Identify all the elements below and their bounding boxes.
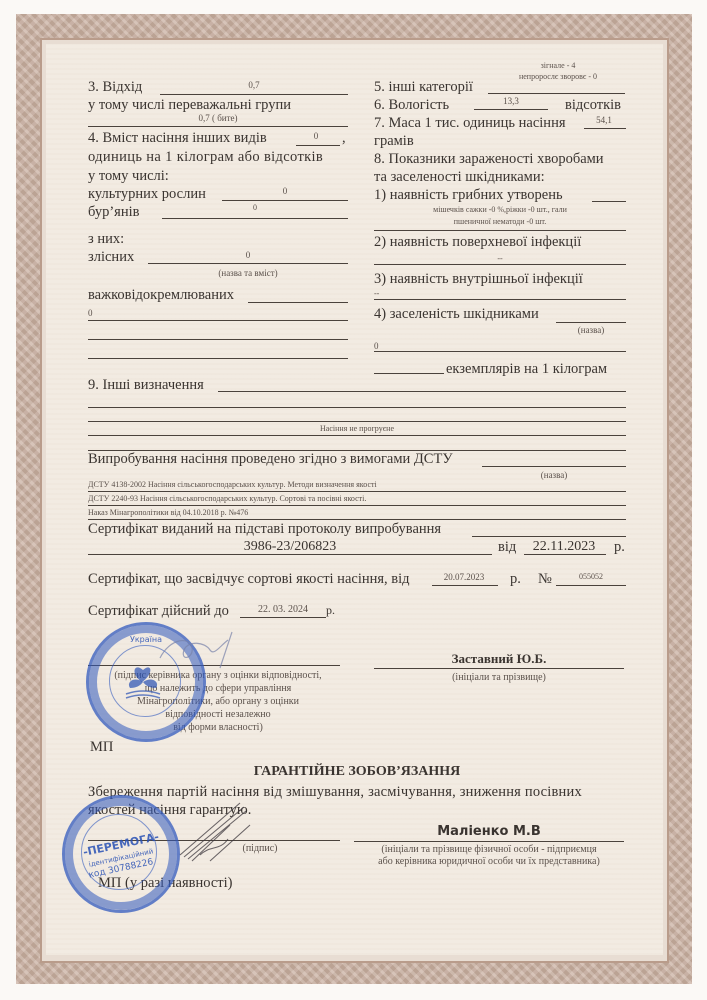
fungal-line [592,201,626,202]
protocol-number: 3986-23/206823 [88,540,492,554]
head-name-line [374,668,624,669]
moisture-label: 6. Вологість [374,98,449,113]
guarantor-caption-2: або керівника юридичної особи чи їх пред… [354,857,624,867]
variety-number-line [556,585,626,586]
valid-date-line [240,617,326,618]
other-species-line [296,145,340,146]
fungal-value-1: мішечків сажки -0 %,ріжки -0 шт., гали [374,206,626,214]
malicious-label: злісних [88,250,134,265]
protocol-number-line [88,554,492,555]
moisture-line [474,109,548,110]
standard-1-line [88,491,626,492]
fungal-value-2: пшеничної нематоди -0 шт. [374,218,626,226]
other-cat-value-1: зігнале - 4 [488,62,628,70]
infection-label-2: та заселеності шкідниками: [374,170,545,185]
protocol-line [472,536,626,537]
of-them-label: з них: [88,232,124,247]
cultural-label: культурних рослин [88,187,206,202]
waste-label: 3. Відхід [88,80,142,95]
fungal-value-line [374,230,626,231]
mass-value: 54,1 [584,116,624,125]
other-species-label: 4. Вміст насіння інших видів [88,131,267,146]
other-species-value: 0 [296,132,336,141]
name-content-caption: (назва та вміст) [148,269,348,278]
malicious-line [148,263,348,264]
guarantee-text-1: Збереження партій насіння від змішування… [88,785,582,800]
testing-label: Випробування насіння проведено згідно з … [88,452,453,467]
standard-2-line [88,505,626,506]
other-value: Насіння не прогрyєне [88,425,626,433]
testing-line [482,466,626,467]
moisture-value: 13,3 [474,97,548,106]
guarantor-name-line [354,841,624,842]
variety-label: Сертифікат, що засвідчує сортові якості … [88,572,410,587]
guarantee-title: ГАРАНТІЙНЕ ЗОБОВ’ЯЗАННЯ [88,765,626,779]
blank-line [88,339,348,340]
per-kg-line [374,373,444,374]
blank-line [88,358,348,359]
variety-number: 055052 [556,573,626,581]
company-stamp: -ПЕРЕМОГА- ідентифікаційний код 30788226 [62,795,180,913]
waste-field-line [160,94,348,95]
other-value-line [88,435,626,436]
mass-line [584,128,626,129]
weeds-line [162,218,348,219]
pests-value: 0 [374,342,379,351]
protocol-from-label: від [498,540,516,555]
head-name: Заставний Ю.Б. [374,652,624,665]
valid-suffix: р. [326,604,335,616]
hard-sep-value: 0 [88,309,93,318]
head-name-caption: (ініціали та прізвище) [374,673,624,683]
cultural-value: 0 [222,187,348,196]
blank-line [88,320,348,321]
internal-label: 3) наявність внутрішньої інфекції [374,272,583,287]
hard-sep-label: важковідокремлюваних [88,288,234,303]
protocol-year-suffix: р. [614,540,625,555]
valid-date: 22. 03. 2024 [240,605,326,615]
internal-value: -- [374,290,379,298]
surface-line [374,264,626,265]
mass-unit: грамів [374,134,414,149]
fungal-label: 1) наявність грибних утворень [374,188,563,203]
cultural-line [222,200,348,201]
head-signature [150,628,240,678]
guarantor-caption-1: (ініціали та прізвище фізичної особи - п… [354,845,624,855]
infection-label-1: 8. Показники зараженості хворобами [374,152,604,167]
standard-1: ДСТУ 4138-2002 Насіння сільськогосподарс… [88,481,377,489]
protocol-date: 22.11.2023 [524,540,604,554]
weeds-value: 0 [162,204,348,212]
guarantor-name: Маліенко М.В [354,825,624,838]
standard-3-line [88,519,626,520]
variety-date: 20.07.2023 [432,573,496,582]
surface-value: -- [374,255,626,263]
weeds-label: бур’янів [88,205,139,220]
variety-year-suffix: р. [510,572,521,587]
waste-groups-label: у тому числі переважальні групи [88,98,291,113]
waste-groups-value: 0,7 ( бите) [88,114,348,123]
per-kg-label: екземплярів на 1 кілограм [446,362,607,377]
surface-label: 2) наявність поверхневої інфекції [374,235,581,250]
protocol-date-line [524,554,606,555]
number-sign: № [538,572,552,587]
hard-sep-line [248,302,348,303]
other-line [218,391,626,392]
seal-label: МП [90,740,113,755]
comma: , [342,131,346,146]
pests-label: 4) заселеність шкідниками [374,307,539,322]
other-cat-label: 5. інші категорії [374,80,473,95]
pests-caption: (назва) [556,326,626,335]
guarantor-signature [170,795,260,865]
blank-line [88,407,626,408]
waste-groups-line [88,126,348,127]
moisture-unit: відсотків [565,98,621,113]
pests-line [556,322,626,323]
units-label: одиниць на 1 кілограм або відсотків [88,150,323,165]
other-label: 9. Інші визначення [88,378,204,393]
testing-caption: (назва) [482,471,626,480]
malicious-value: 0 [148,251,348,260]
valid-label: Сертифікат дійсний до [88,604,229,619]
protocol-label: Сертифікат виданий на підставі протоколу… [88,522,441,537]
variety-date-line [432,585,498,586]
waste-value: 0,7 [160,81,348,90]
blank-line [88,421,626,422]
pests-value-line [374,351,626,352]
other-cat-line [488,93,625,94]
standard-2: ДСТУ 2240-93 Насіння сільськогосподарськ… [88,495,366,503]
standard-3: Наказ Мінагрополітики від 04.10.2018 р. … [88,509,248,517]
including-label: у тому числі: [88,169,169,184]
other-cat-value-2: непророслє зворовє - 0 [488,73,628,81]
internal-line [374,299,626,300]
mass-label: 7. Маса 1 тис. одиниць насіння [374,116,566,131]
